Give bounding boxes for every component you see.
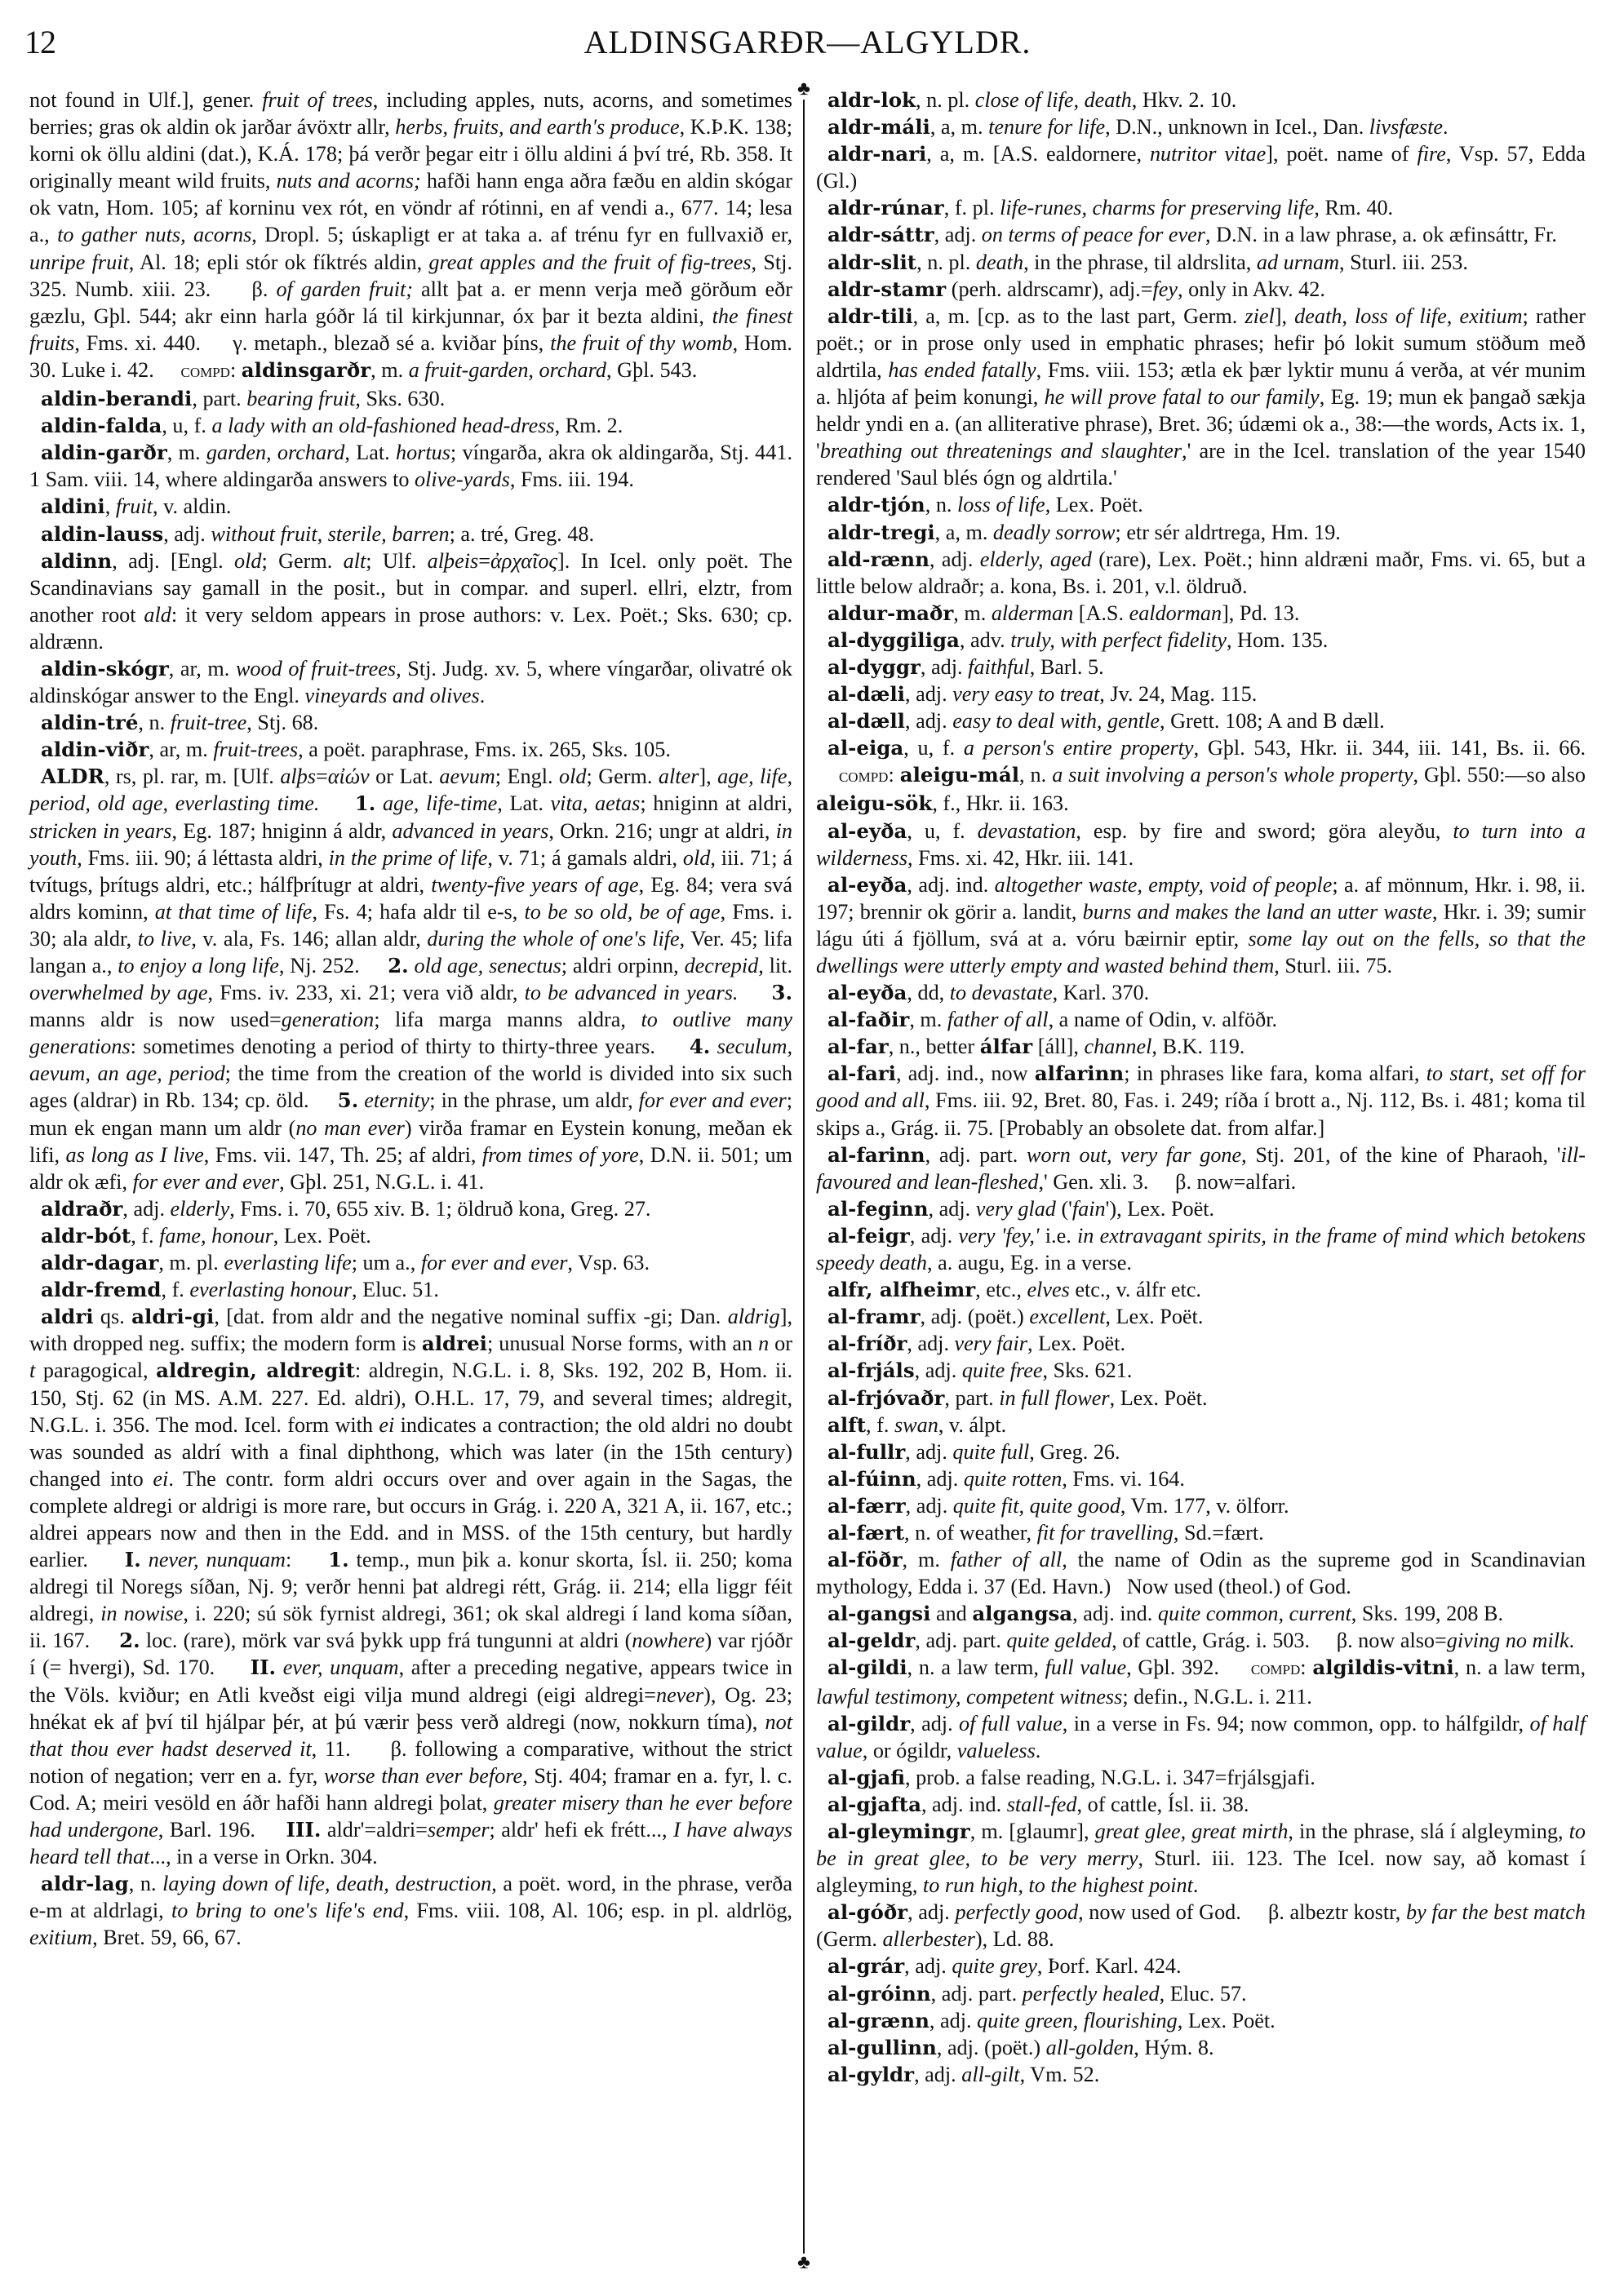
headword: aldin-garðr — [41, 441, 167, 464]
translation-italic: life-runes, charms for preserving life — [1000, 196, 1314, 219]
dictionary-entry: aldr-tjón, n. loss of life, Lex. Poët. — [816, 491, 1586, 518]
dictionary-entry: alfr, alfheimr, etc., elves etc., v. álf… — [816, 1276, 1586, 1303]
dictionary-entry: aldini, fruit, v. aldin. — [29, 493, 792, 520]
headword: aldrei — [422, 1332, 487, 1355]
translation-italic: burns and makes the land an utter waste — [1083, 900, 1432, 924]
translation-italic: to run high, to the highest point — [923, 1873, 1193, 1897]
dictionary-entry: aldr-stamr (perh. aldrscamr), adj.=fey, … — [816, 276, 1586, 303]
translation-italic: loss of life — [957, 493, 1045, 516]
translation-italic: close of life, death — [975, 88, 1132, 112]
translation-italic: worn out, very far gone — [1027, 1143, 1241, 1167]
headword: al-fari — [827, 1062, 896, 1085]
headword: aldr-tili — [827, 304, 913, 328]
dictionary-entry: al-föðr, m. father of all, the name of O… — [816, 1546, 1586, 1600]
headword: III. — [286, 1818, 321, 1842]
headword: aldinsgarðr — [242, 358, 370, 382]
translation-italic: vineyards and olives — [304, 684, 479, 707]
headword: al-feginn — [827, 1197, 929, 1221]
headword: al-fríðr — [827, 1332, 907, 1355]
headword: alfarinn — [1035, 1062, 1124, 1085]
translation-italic: tenure for life — [988, 115, 1105, 139]
translation-italic: during the whole of one's life — [427, 927, 679, 951]
translation-italic: fruit-trees — [213, 738, 298, 761]
headword: al-dæli — [827, 682, 905, 706]
dictionary-entry: aldr-sáttr, adj. on terms of peace for e… — [816, 221, 1586, 248]
translation-italic: stricken in years — [29, 819, 171, 843]
translation-italic: never — [656, 1683, 703, 1707]
dictionary-entry: aldin-lauss, adj. without fruit, sterile… — [29, 521, 792, 547]
dictionary-entry: al-gyldr, adj. all-gilt, Vm. 52. — [816, 2061, 1586, 2088]
translation-italic: father of all — [947, 1008, 1049, 1031]
translation-italic: elderly, aged — [980, 547, 1092, 571]
translation-italic: of half value — [816, 1712, 1586, 1762]
column-divider — [803, 100, 805, 2254]
dictionary-entry: ald-rænn, adj. elderly, aged (rare), Lex… — [816, 546, 1586, 600]
translation-italic: at that time of life — [155, 900, 313, 924]
translation-italic: altogether waste, empty, void of people — [995, 873, 1333, 897]
translation-italic: alt — [344, 549, 366, 573]
translation-italic: without fruit, sterile, barren — [211, 522, 449, 546]
translation-italic: no man ever — [295, 1116, 405, 1140]
translation-italic: age, life-time — [383, 791, 497, 815]
headword: al-faðir — [827, 1008, 909, 1031]
headword: 4. — [690, 1035, 711, 1058]
dictionary-entry: al-fært, n. of weather, fit for travelli… — [816, 1519, 1586, 1546]
translation-italic: fruit-tree — [171, 711, 247, 734]
translation-italic: of garden fruit; — [276, 277, 413, 301]
headword: álfar — [980, 1035, 1033, 1058]
translation-italic: quite green, flourishing — [977, 2009, 1178, 2032]
translation-italic: very 'fey,' — [958, 1224, 1039, 1248]
headword: al-gildi — [827, 1656, 907, 1679]
headword: al-eyða — [827, 819, 907, 843]
dictionary-entry: al-fari, adj. ind., now alfarinn; in phr… — [816, 1060, 1586, 1141]
dictionary-entry: al-gjafi, prob. a false reading, N.G.L. … — [816, 1764, 1586, 1791]
translation-italic: a lady with an old-fashioned head-dress — [211, 414, 554, 437]
translation-italic: αἰών — [328, 765, 370, 788]
translation-italic: to outlive many generations — [29, 1008, 792, 1058]
dictionary-entry: aldur-maðr, m. alderman [A.S. ealdorman]… — [816, 600, 1586, 627]
translation-italic: lawful testimony, competent witness — [816, 1685, 1122, 1709]
headword: aldr-bót — [41, 1224, 131, 1248]
translation-italic: bearing fruit — [246, 387, 355, 410]
dictionary-entry: al-framr, adj. (poët.) excellent, Lex. P… — [816, 1303, 1586, 1330]
headword: aldr-tregi — [827, 521, 935, 544]
dictionary-entry: al-eyða, dd, to devastate, Karl. 370. — [816, 979, 1586, 1006]
translation-italic: deadly sorrow — [993, 521, 1116, 544]
translation-italic: to start, set off for good and all — [816, 1062, 1586, 1112]
translation-italic: death, loss of life, exitium — [1294, 304, 1522, 328]
dictionary-entry: aldr-dagar, m. pl. everlasting life; um … — [29, 1249, 792, 1276]
dictionary-entry: al-fríðr, adj. very fair, Lex. Poët. — [816, 1330, 1586, 1357]
translation-italic: ei — [153, 1467, 168, 1491]
dictionary-entry: al-eyða, u, f. devastation, esp. by fire… — [816, 818, 1586, 871]
headword: al-far — [827, 1035, 889, 1058]
trefoil-ornament-icon: ♣ — [792, 78, 816, 100]
translation-italic: to enjoy a long life — [118, 954, 279, 977]
headword: al-gjafi — [827, 1766, 905, 1789]
translation-italic: worse than ever before — [324, 1764, 522, 1788]
dictionary-entry: al-gullinn, adj. (poët.) all-golden, Hým… — [816, 2034, 1586, 2061]
headword: aldin-viðr — [41, 738, 149, 761]
translation-italic: herbs, fruits, and earth's produce — [395, 115, 679, 139]
headword: aldinn — [41, 549, 112, 573]
translation-italic: all-golden — [1046, 2036, 1134, 2059]
headword: aldin-lauss — [41, 522, 163, 546]
translation-italic: ziel — [1245, 304, 1274, 328]
headword: aldr-fremd — [41, 1278, 161, 1301]
headword: al-góðr — [827, 1900, 907, 1924]
headword: aleigu-mál — [900, 763, 1019, 787]
headword: al-föðr — [827, 1548, 902, 1571]
headword: aldri-gi — [131, 1305, 214, 1328]
headword: aldr-rúnar — [827, 196, 944, 219]
headword: al-fullr — [827, 1440, 905, 1464]
translation-italic: the fruit of thy womb — [550, 331, 733, 355]
translation-italic: quite grey — [952, 1954, 1036, 1978]
translation-italic: on terms of peace for ever — [982, 223, 1205, 246]
dictionary-entry: alft, f. swan, v. álpt. — [816, 1412, 1586, 1438]
translation-italic: advanced in years — [392, 819, 548, 843]
translation-italic: fruit — [116, 494, 153, 518]
dictionary-entry: al-frjóvaðr, part. in full flower, Lex. … — [816, 1385, 1586, 1412]
translation-italic: elderly — [171, 1197, 230, 1221]
headword: al-frjáls — [827, 1359, 915, 1382]
dictionary-entry: aldr-nari, a, m. [A.S. ealdornere, nutri… — [816, 140, 1586, 194]
headword: al-frjóvaðr — [827, 1386, 944, 1410]
headword: aldr-lok — [827, 88, 916, 112]
dictionary-entry: al-gróinn, adj. part. perfectly healed, … — [816, 1980, 1586, 2007]
running-head: ALDINSGARÐR—ALGYLDR. — [24, 23, 1591, 61]
translation-italic: old age, senectus — [415, 954, 561, 977]
translation-italic: fey — [1152, 277, 1178, 301]
translation-italic: fame, honour — [159, 1224, 273, 1248]
translation-italic: in the prime of life — [329, 846, 488, 870]
translation-italic: has ended fatally — [888, 358, 1036, 382]
translation-italic: death — [976, 250, 1023, 274]
translation-italic: for ever and ever — [421, 1251, 568, 1274]
headword: al-framr — [827, 1305, 921, 1328]
translation-italic: nutritor vitae — [1150, 142, 1266, 166]
dictionary-entry: al-farinn, adj. part. worn out, very far… — [816, 1141, 1586, 1195]
translation-italic: in nowise — [100, 1602, 183, 1625]
translation-italic: hortus — [396, 441, 450, 464]
headword: al-eyða — [827, 981, 907, 1004]
translation-italic: garden, orchard — [206, 441, 345, 464]
headword: al-gangsi — [827, 1602, 930, 1625]
headword: aldri — [41, 1305, 94, 1328]
translation-italic: old — [234, 549, 261, 573]
translation-italic: all-gilt — [961, 2063, 1019, 2086]
headword: al-fúinn — [827, 1467, 916, 1491]
headword: 1. — [355, 791, 376, 815]
compound-label: compd — [180, 361, 229, 382]
translation-italic: vita, aetas — [551, 791, 641, 815]
translation-italic: to devastate — [950, 981, 1053, 1004]
translation-italic: for ever and ever — [639, 1088, 787, 1112]
headword: aldin-berandi — [41, 387, 192, 410]
translation-italic: quite common, current — [1158, 1602, 1351, 1625]
translation-italic: in full flower — [999, 1386, 1109, 1410]
translation-italic: perfectly healed — [1023, 1982, 1160, 2006]
dictionary-entry: aldin-berandi, part. bearing fruit, Sks.… — [29, 385, 792, 412]
dictionary-entry: al-gleymingr, m. [glaumr], great glee, g… — [816, 1818, 1586, 1899]
headword: ald-rænn — [827, 547, 930, 571]
left-column: not found in Ulf.], gener. fruit of tree… — [29, 86, 792, 1951]
dictionary-entry: aldr-bót, f. fame, honour, Lex. Poët. — [29, 1222, 792, 1249]
headword: aldin-falda — [41, 414, 162, 437]
translation-italic: giving no milk — [1447, 1629, 1569, 1652]
headword: aldr-lag — [41, 1872, 129, 1895]
headword: al-gjafta — [827, 1793, 921, 1816]
translation-italic: excellent — [1029, 1305, 1105, 1328]
translation-italic: never, nunquam — [149, 1548, 286, 1571]
translation-italic: some lay out on the fells, so that the d… — [816, 927, 1586, 977]
dictionary-entry: al-gildr, adj. of full value, in a verse… — [816, 1710, 1586, 1764]
dictionary-entry: aldin-skógr, ar, m. wood of fruit-trees,… — [29, 655, 792, 709]
dictionary-entry: al-gjafta, adj. ind. stall-fed, of cattl… — [816, 1791, 1586, 1818]
translation-italic: to live — [138, 927, 192, 951]
translation-italic: father of all — [951, 1548, 1062, 1571]
translation-italic: valueless — [957, 1739, 1036, 1762]
dictionary-entry: aldin-falda, u, f. a lady with an old-fa… — [29, 412, 792, 439]
dictionary-entry: al-eyða, adj. ind. altogether waste, emp… — [816, 871, 1586, 979]
translation-italic: very fair — [955, 1332, 1027, 1355]
translation-italic: quite fit, quite good — [953, 1494, 1120, 1518]
headword: al-fært — [827, 1521, 904, 1545]
headword: 2. — [119, 1629, 140, 1652]
dictionary-entry: al-fullr, adj. quite full, Greg. 26. — [816, 1438, 1586, 1465]
translation-italic: he will prove fatal to our family — [1045, 385, 1320, 409]
page-header: 12 ALDINSGARÐR—ALGYLDR. — [24, 23, 1591, 64]
dictionary-entry: al-gangsi and algangsa, adj. ind. quite … — [816, 1600, 1586, 1627]
trefoil-ornament-icon: ♣ — [792, 2252, 816, 2273]
headword: aldr-slit — [827, 250, 916, 274]
dictionary-entry: aldin-tré, n. fruit-tree, Stj. 68. — [29, 709, 792, 736]
translation-italic: alþeis — [428, 549, 479, 573]
translation-italic: to be so old, be of age — [524, 900, 720, 924]
translation-italic: by far the best match — [1406, 1900, 1586, 1924]
translation-italic: to gather nuts, acorns — [57, 223, 251, 246]
translation-italic: channel — [1084, 1035, 1151, 1058]
translation-italic: aevum — [439, 765, 495, 788]
translation-italic: elves — [1027, 1278, 1069, 1301]
translation-italic: devastation — [978, 819, 1076, 843]
translation-italic: unripe fruit — [29, 250, 129, 274]
translation-italic: old — [559, 765, 586, 788]
headword: al-dæll — [827, 709, 905, 733]
dictionary-entry: al-frjáls, adj. quite free, Sks. 621. — [816, 1357, 1586, 1384]
translation-italic: breathing out threatenings and slaughter — [820, 439, 1182, 463]
headword: aldini — [41, 494, 105, 518]
translation-italic: to turn into a wilderness — [816, 819, 1586, 870]
dictionary-entry: al-gildi, n. a law term, full value, Gþl… — [816, 1654, 1586, 1709]
translation-italic: of full value — [959, 1712, 1063, 1735]
headword: al-grár — [827, 1954, 904, 1978]
translation-italic: a fruit-garden, orchard — [409, 358, 606, 382]
translation-italic: faithful — [968, 655, 1030, 679]
dictionary-entry: aldr-tregi, a, m. deadly sorrow; etr sér… — [816, 519, 1586, 546]
headword: ALDR — [41, 765, 104, 788]
translation-italic: nowhere — [632, 1629, 704, 1652]
translation-italic: alderman — [992, 601, 1073, 625]
translation-italic: laying down of life, death, destruction — [162, 1872, 491, 1895]
translation-italic: from times of yore — [482, 1143, 639, 1167]
headword: al-farinn — [827, 1143, 925, 1167]
translation-italic: a suit involving a person's whole proper… — [1052, 763, 1413, 787]
dictionary-entry: aldraðr, adj. elderly, Fms. i. 70, 655 x… — [29, 1195, 792, 1222]
dictionary-entry: not found in Ulf.], gener. fruit of tree… — [29, 86, 792, 385]
translation-italic: ealdorman — [1129, 601, 1222, 625]
headword: aldr-stamr — [827, 277, 946, 301]
headword: algangsa — [972, 1602, 1072, 1625]
translation-italic: aldrig — [728, 1305, 780, 1328]
dictionary-entry: al-feginn, adj. very glad ('fain'), Lex.… — [816, 1195, 1586, 1222]
dictionary-entry: al-færr, adj. quite fit, quite good, Vm.… — [816, 1492, 1586, 1519]
translation-italic: n — [758, 1332, 769, 1355]
translation-italic: in extravagant spirits, in the frame of … — [816, 1224, 1586, 1274]
translation-italic: fain — [1072, 1197, 1106, 1221]
translation-italic: ἀρχαῖος — [490, 549, 557, 573]
translation-italic: generation — [282, 1008, 374, 1031]
translation-italic: seculum, aevum, an age, period — [29, 1035, 792, 1085]
headword: aldur-maðr — [827, 601, 953, 625]
headword: al-dyggiliga — [827, 628, 960, 652]
translation-italic: great glee, great mirth — [1095, 1820, 1289, 1843]
dictionary-entry: aldr-rúnar, f. pl. life-runes, charms fo… — [816, 194, 1586, 221]
dictionary-entry: al-grænn, adj. quite green, flourishing,… — [816, 2007, 1586, 2034]
translation-italic: decrepid — [685, 954, 759, 977]
headword: al-dyggr — [827, 655, 921, 679]
headword: al-geldr — [827, 1629, 915, 1652]
translation-italic: wood of fruit-trees — [236, 657, 396, 680]
translation-italic: not that thou ever hadst deserved it — [29, 1710, 792, 1761]
compound-label: compd — [839, 765, 888, 787]
translation-italic: very easy to treat — [952, 682, 1099, 706]
dictionary-entry: al-dyggiliga, adv. truly, with perfect f… — [816, 627, 1586, 654]
dictionary-entry: al-dæll, adj. easy to deal with, gentle,… — [816, 707, 1586, 734]
translation-italic: everlasting honour — [189, 1278, 352, 1301]
translation-italic: fruit of trees — [262, 88, 373, 112]
headword: 3. — [771, 981, 792, 1004]
translation-italic: livsfæste — [1369, 115, 1443, 139]
translation-italic: swan — [894, 1413, 938, 1437]
headword: 2. — [388, 954, 409, 977]
translation-italic: truly, with perfect fidelity — [1010, 628, 1227, 652]
translation-italic: perfectly good — [955, 1900, 1078, 1924]
dictionary-entry: al-fúinn, adj. quite rotten, Fms. vi. 16… — [816, 1465, 1586, 1492]
translation-italic: nuts and acorns; — [277, 169, 421, 193]
translation-italic: fit for travelling — [1037, 1521, 1174, 1545]
translation-italic: olive-yards — [415, 468, 510, 491]
headword: aldregin, aldregit — [156, 1359, 355, 1382]
translation-italic: ever, unquam — [283, 1656, 399, 1679]
translation-italic: allerbester — [882, 1927, 974, 1951]
dictionary-entry: al-far, n., better álfar [áll], channel,… — [816, 1033, 1586, 1060]
right-column: aldr-lok, n. pl. close of life, death, H… — [816, 86, 1586, 2088]
dictionary-entry: al-faðir, m. father of all, a name of Od… — [816, 1006, 1586, 1033]
headword: I. — [125, 1548, 141, 1571]
dictionary-entry: ALDR, rs, pl. rar, m. [Ulf. alþs=αἰών or… — [29, 763, 792, 1195]
translation-italic: ad urnam — [1257, 250, 1339, 274]
translation-italic: quite free — [962, 1359, 1043, 1382]
headword: aldr-sáttr — [827, 223, 934, 246]
translation-italic: quite full — [952, 1440, 1029, 1464]
headword: aldr-máli — [827, 115, 930, 139]
dictionary-entry: al-góðr, adj. perfectly good, now used o… — [816, 1899, 1586, 1952]
translation-italic: full value — [1045, 1656, 1126, 1679]
translation-italic: semper — [428, 1818, 490, 1842]
headword: aleigu-sök — [816, 791, 932, 815]
translation-italic: to bring to one's life's end — [171, 1899, 404, 1922]
dictionary-entry: aldr-fremd, f. everlasting honour, Eluc.… — [29, 1276, 792, 1303]
translation-italic: ald — [144, 603, 171, 627]
dictionary-entry: aldr-lok, n. pl. close of life, death, H… — [816, 86, 1586, 113]
translation-italic: quite gelded — [1006, 1629, 1111, 1652]
translation-italic: stall-fed — [1007, 1793, 1077, 1816]
translation-italic: eternity — [364, 1088, 429, 1112]
translation-italic: to be advanced in years. — [525, 981, 739, 1004]
dictionary-entry: aldr-máli, a, m. tenure for life, D.N., … — [816, 113, 1586, 140]
dictionary-entry: al-geldr, adj. part. quite gelded, of ca… — [816, 1627, 1586, 1654]
translation-italic: easy to deal with, gentle — [952, 709, 1160, 733]
headword: al-eiga — [827, 736, 903, 760]
translation-italic: very glad — [976, 1197, 1056, 1221]
headword: 5. — [338, 1088, 359, 1112]
dictionary-entry: aldri qs. aldri-gi, [dat. from aldr and … — [29, 1303, 792, 1870]
translation-italic: a person's entire property — [964, 736, 1194, 760]
headword: al-grænn — [827, 2009, 930, 2032]
dictionary-entry: al-dæli, adj. very easy to treat, Jv. 24… — [816, 680, 1586, 707]
headword: al-gildr — [827, 1712, 910, 1735]
translation-italic: quite rotten — [964, 1467, 1063, 1491]
headword: al-gullinn — [827, 2036, 937, 2059]
translation-italic: exitium — [29, 1926, 92, 1949]
headword: al-eyða — [827, 873, 907, 897]
translation-italic: great apples and the fruit of fig-trees — [428, 250, 751, 274]
dictionary-entry: aldr-lag, n. laying down of life, death,… — [29, 1870, 792, 1951]
translation-italic: twenty-five years of age — [431, 873, 638, 897]
headword: al-gyldr — [827, 2063, 914, 2086]
dictionary-entry: aldinn, adj. [Engl. old; Germ. alt; Ulf.… — [29, 547, 792, 655]
headword: alft — [827, 1413, 866, 1437]
dictionary-entry: al-feigr, adj. very 'fey,' i.e. in extra… — [816, 1222, 1586, 1276]
headword: II. — [251, 1656, 276, 1679]
headword: aldin-tré — [41, 711, 138, 734]
translation-italic: t — [29, 1359, 35, 1382]
translation-italic: everlasting life — [224, 1251, 351, 1274]
headword: al-gróinn — [827, 1982, 931, 2006]
translation-italic: as long as I live — [66, 1143, 204, 1167]
headword: aldr-tjón — [827, 493, 925, 516]
translation-italic: overwhelmed by age — [29, 981, 208, 1004]
headword: al-gleymingr — [827, 1820, 970, 1843]
translation-italic: alþs — [280, 765, 316, 788]
translation-italic: alter — [659, 765, 699, 788]
headword: 1. — [328, 1548, 349, 1571]
translation-italic: for ever and ever — [133, 1170, 280, 1194]
headword: aldr-dagar — [41, 1251, 158, 1274]
headword: al-feigr — [827, 1224, 910, 1248]
headword: al-færr — [827, 1494, 906, 1518]
translation-italic: ei — [379, 1413, 394, 1437]
translation-italic: fire — [1417, 142, 1445, 166]
dictionary-entry: al-grár, adj. quite grey, Þorf. Karl. 42… — [816, 1952, 1586, 1979]
headword: aldraðr — [41, 1197, 122, 1221]
translation-italic: old — [683, 846, 710, 870]
headword: algildis-vitni — [1312, 1656, 1453, 1679]
headword: aldr-nari — [827, 142, 926, 166]
